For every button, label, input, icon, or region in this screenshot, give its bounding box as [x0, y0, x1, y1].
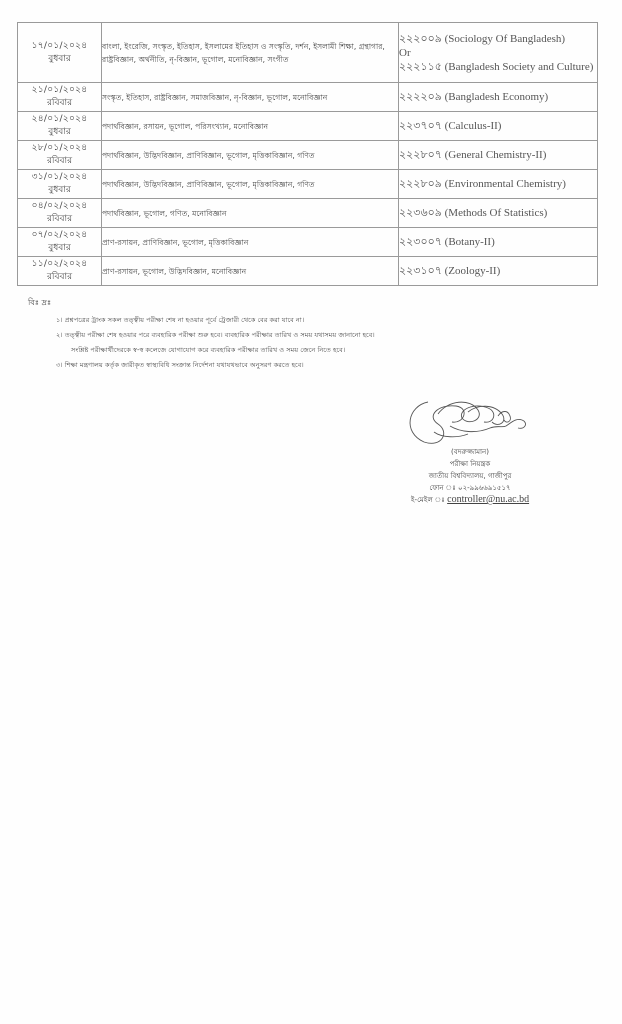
course-option-2: ২২২১১৫ (Bangladesh Society and Culture)	[399, 60, 597, 74]
notes-list: ১। প্রশ্নপত্রের ট্রাংক সকল তত্ত্বীয় পরী…	[56, 313, 596, 373]
signatory-designation: পরীক্ষা নিয়ন্ত্রক	[390, 458, 550, 470]
subjects-cell: প্রাণ-রসায়ন, প্রাণিবিজ্ঞান, ভূগোল, মৃত্…	[102, 228, 399, 257]
course-or-label: Or	[399, 46, 597, 60]
course-option-1: ২২২০০৯ (Sociology Of Bangladesh)	[399, 32, 597, 46]
signatory-details: (বদরুজ্জামান) পরীক্ষা নিয়ন্ত্রক জাতীয় …	[390, 446, 550, 506]
course-cell: ২২২০০৯ (Sociology Of Bangladesh) Or ২২২১…	[399, 23, 598, 83]
exam-date: ২৮/০১/২০২৪	[18, 142, 101, 155]
subjects-cell: পদার্থবিজ্ঞান, উদ্ভিদবিজ্ঞান, প্রাণিবিজ্…	[102, 141, 399, 170]
signatory-institution: জাতীয় বিশ্ববিদ্যালয়, গাজীপুর	[390, 470, 550, 482]
table-row: ১১/০২/২০২৪ রবিবার প্রাণ-রসায়ন, ভূগোল, উ…	[18, 257, 598, 286]
date-cell: ২১/০১/২০২৪ রবিবার	[18, 83, 102, 112]
signatory-phone: ফোন ঃ ০২-৯৯৬৬৯১৫১৭	[390, 482, 550, 494]
subjects-cell: সংস্কৃত, ইতিহাস, রাষ্ট্রবিজ্ঞান, সমাজবিজ…	[102, 83, 399, 112]
course-cell: ২২২৮০৭ (General Chemistry-II)	[399, 141, 598, 170]
email-label: ই-মেইল ঃ	[411, 496, 445, 504]
course-cell: ২২৩৬০৯ (Methods Of Statistics)	[399, 199, 598, 228]
exam-date: ২৪/০১/২০২৪	[18, 113, 101, 126]
course-cell: ২২৩০০৭ (Botany-II)	[399, 228, 598, 257]
exam-date: ২১/০১/২০২৪	[18, 84, 101, 97]
exam-day: বুধবার	[18, 184, 101, 197]
date-cell: ০৪/০২/২০২৪ রবিবার	[18, 199, 102, 228]
subjects-cell: বাংলা, ইংরেজি, সংস্কৃত, ইতিহাস, ইসলামের …	[102, 23, 399, 83]
note-item: ৩। শিক্ষা মন্ত্রণালয় কর্তৃক জারীকৃত স্ব…	[56, 358, 596, 373]
table-row: ২৪/০১/২০২৪ বুধবার পদার্থবিজ্ঞান, রসায়ন,…	[18, 112, 598, 141]
note-item-continuation: সংশ্লিষ্ট পরীক্ষার্থীদেরকে স্ব-স্ব কলেজে…	[56, 343, 596, 358]
course-cell: ২২৩৭০৭ (Calculus-II)	[399, 112, 598, 141]
subjects-cell: প্রাণ-রসায়ন, ভূগোল, উদ্ভিদবিজ্ঞান, মনোব…	[102, 257, 399, 286]
subjects-cell: পদার্থবিজ্ঞান, ভূগোল, গণিত, মনোবিজ্ঞান	[102, 199, 399, 228]
exam-day: বুধবার	[18, 53, 101, 66]
exam-date: ০৭/০২/২০২৪	[18, 229, 101, 242]
table-row: ৩১/০১/২০২৪ বুধবার পদার্থবিজ্ঞান, উদ্ভিদব…	[18, 170, 598, 199]
exam-day: বুধবার	[18, 242, 101, 255]
subjects-cell: পদার্থবিজ্ঞান, উদ্ভিদবিজ্ঞান, প্রাণিবিজ্…	[102, 170, 399, 199]
signature-scribble-icon	[398, 392, 538, 452]
table-row: ২৮/০১/২০২৪ রবিবার পদার্থবিজ্ঞান, উদ্ভিদব…	[18, 141, 598, 170]
date-cell: ৩১/০১/২০২৪ বুধবার	[18, 170, 102, 199]
table-row: ০৭/০২/২০২৪ বুধবার প্রাণ-রসায়ন, প্রাণিবি…	[18, 228, 598, 257]
date-cell: ০৭/০২/২০২৪ বুধবার	[18, 228, 102, 257]
date-cell: ১৭/০১/২০২৪ বুধবার	[18, 23, 102, 83]
date-cell: ১১/০২/২০২৪ রবিবার	[18, 257, 102, 286]
subjects-cell: পদার্থবিজ্ঞান, রসায়ন, ভূগোল, পরিসংখ্যান…	[102, 112, 399, 141]
email-link[interactable]: controller@nu.ac.bd	[447, 494, 529, 505]
course-cell: ২২৩১০৭ (Zoology-II)	[399, 257, 598, 286]
note-item: ১। প্রশ্নপত্রের ট্রাংক সকল তত্ত্বীয় পরী…	[56, 313, 596, 328]
exam-date: ৩১/০১/২০২৪	[18, 171, 101, 184]
table-row: ১৭/০১/২০২৪ বুধবার বাংলা, ইংরেজি, সংস্কৃত…	[18, 23, 598, 83]
exam-date: ০৪/০২/২০২৪	[18, 200, 101, 213]
exam-day: বুধবার	[18, 126, 101, 139]
signatory-name: (বদরুজ্জামান)	[390, 446, 550, 458]
course-cell: ২২২৮০৯ (Environmental Chemistry)	[399, 170, 598, 199]
course-cell: ২২২২০৯ (Bangladesh Economy)	[399, 83, 598, 112]
date-cell: ২৪/০১/২০২৪ বুধবার	[18, 112, 102, 141]
table-row: ২১/০১/২০২৪ রবিবার সংস্কৃত, ইতিহাস, রাষ্ট…	[18, 83, 598, 112]
exam-day: রবিবার	[18, 213, 101, 226]
notes-heading: বিঃ দ্রঃ	[28, 297, 51, 310]
document-page: ১৭/০১/২০২৪ বুধবার বাংলা, ইংরেজি, সংস্কৃত…	[0, 0, 622, 1024]
exam-schedule-table: ১৭/০১/২০২৪ বুধবার বাংলা, ইংরেজি, সংস্কৃত…	[17, 22, 598, 286]
signature-block: (বদরুজ্জামান) পরীক্ষা নিয়ন্ত্রক জাতীয় …	[390, 392, 550, 520]
exam-day: রবিবার	[18, 155, 101, 168]
note-item: ২। তত্ত্বীয় পরীক্ষা শেষ হওয়ার পরে ব্যব…	[56, 328, 596, 343]
exam-day: রবিবার	[18, 97, 101, 110]
exam-day: রবিবার	[18, 271, 101, 284]
signatory-email-row: ই-মেইল ঃ controller@nu.ac.bd	[390, 494, 550, 506]
table-row: ০৪/০২/২০২৪ রবিবার পদার্থবিজ্ঞান, ভূগোল, …	[18, 199, 598, 228]
exam-date: ১৭/০১/২০২৪	[18, 40, 101, 53]
exam-date: ১১/০২/২০২৪	[18, 258, 101, 271]
date-cell: ২৮/০১/২০২৪ রবিবার	[18, 141, 102, 170]
